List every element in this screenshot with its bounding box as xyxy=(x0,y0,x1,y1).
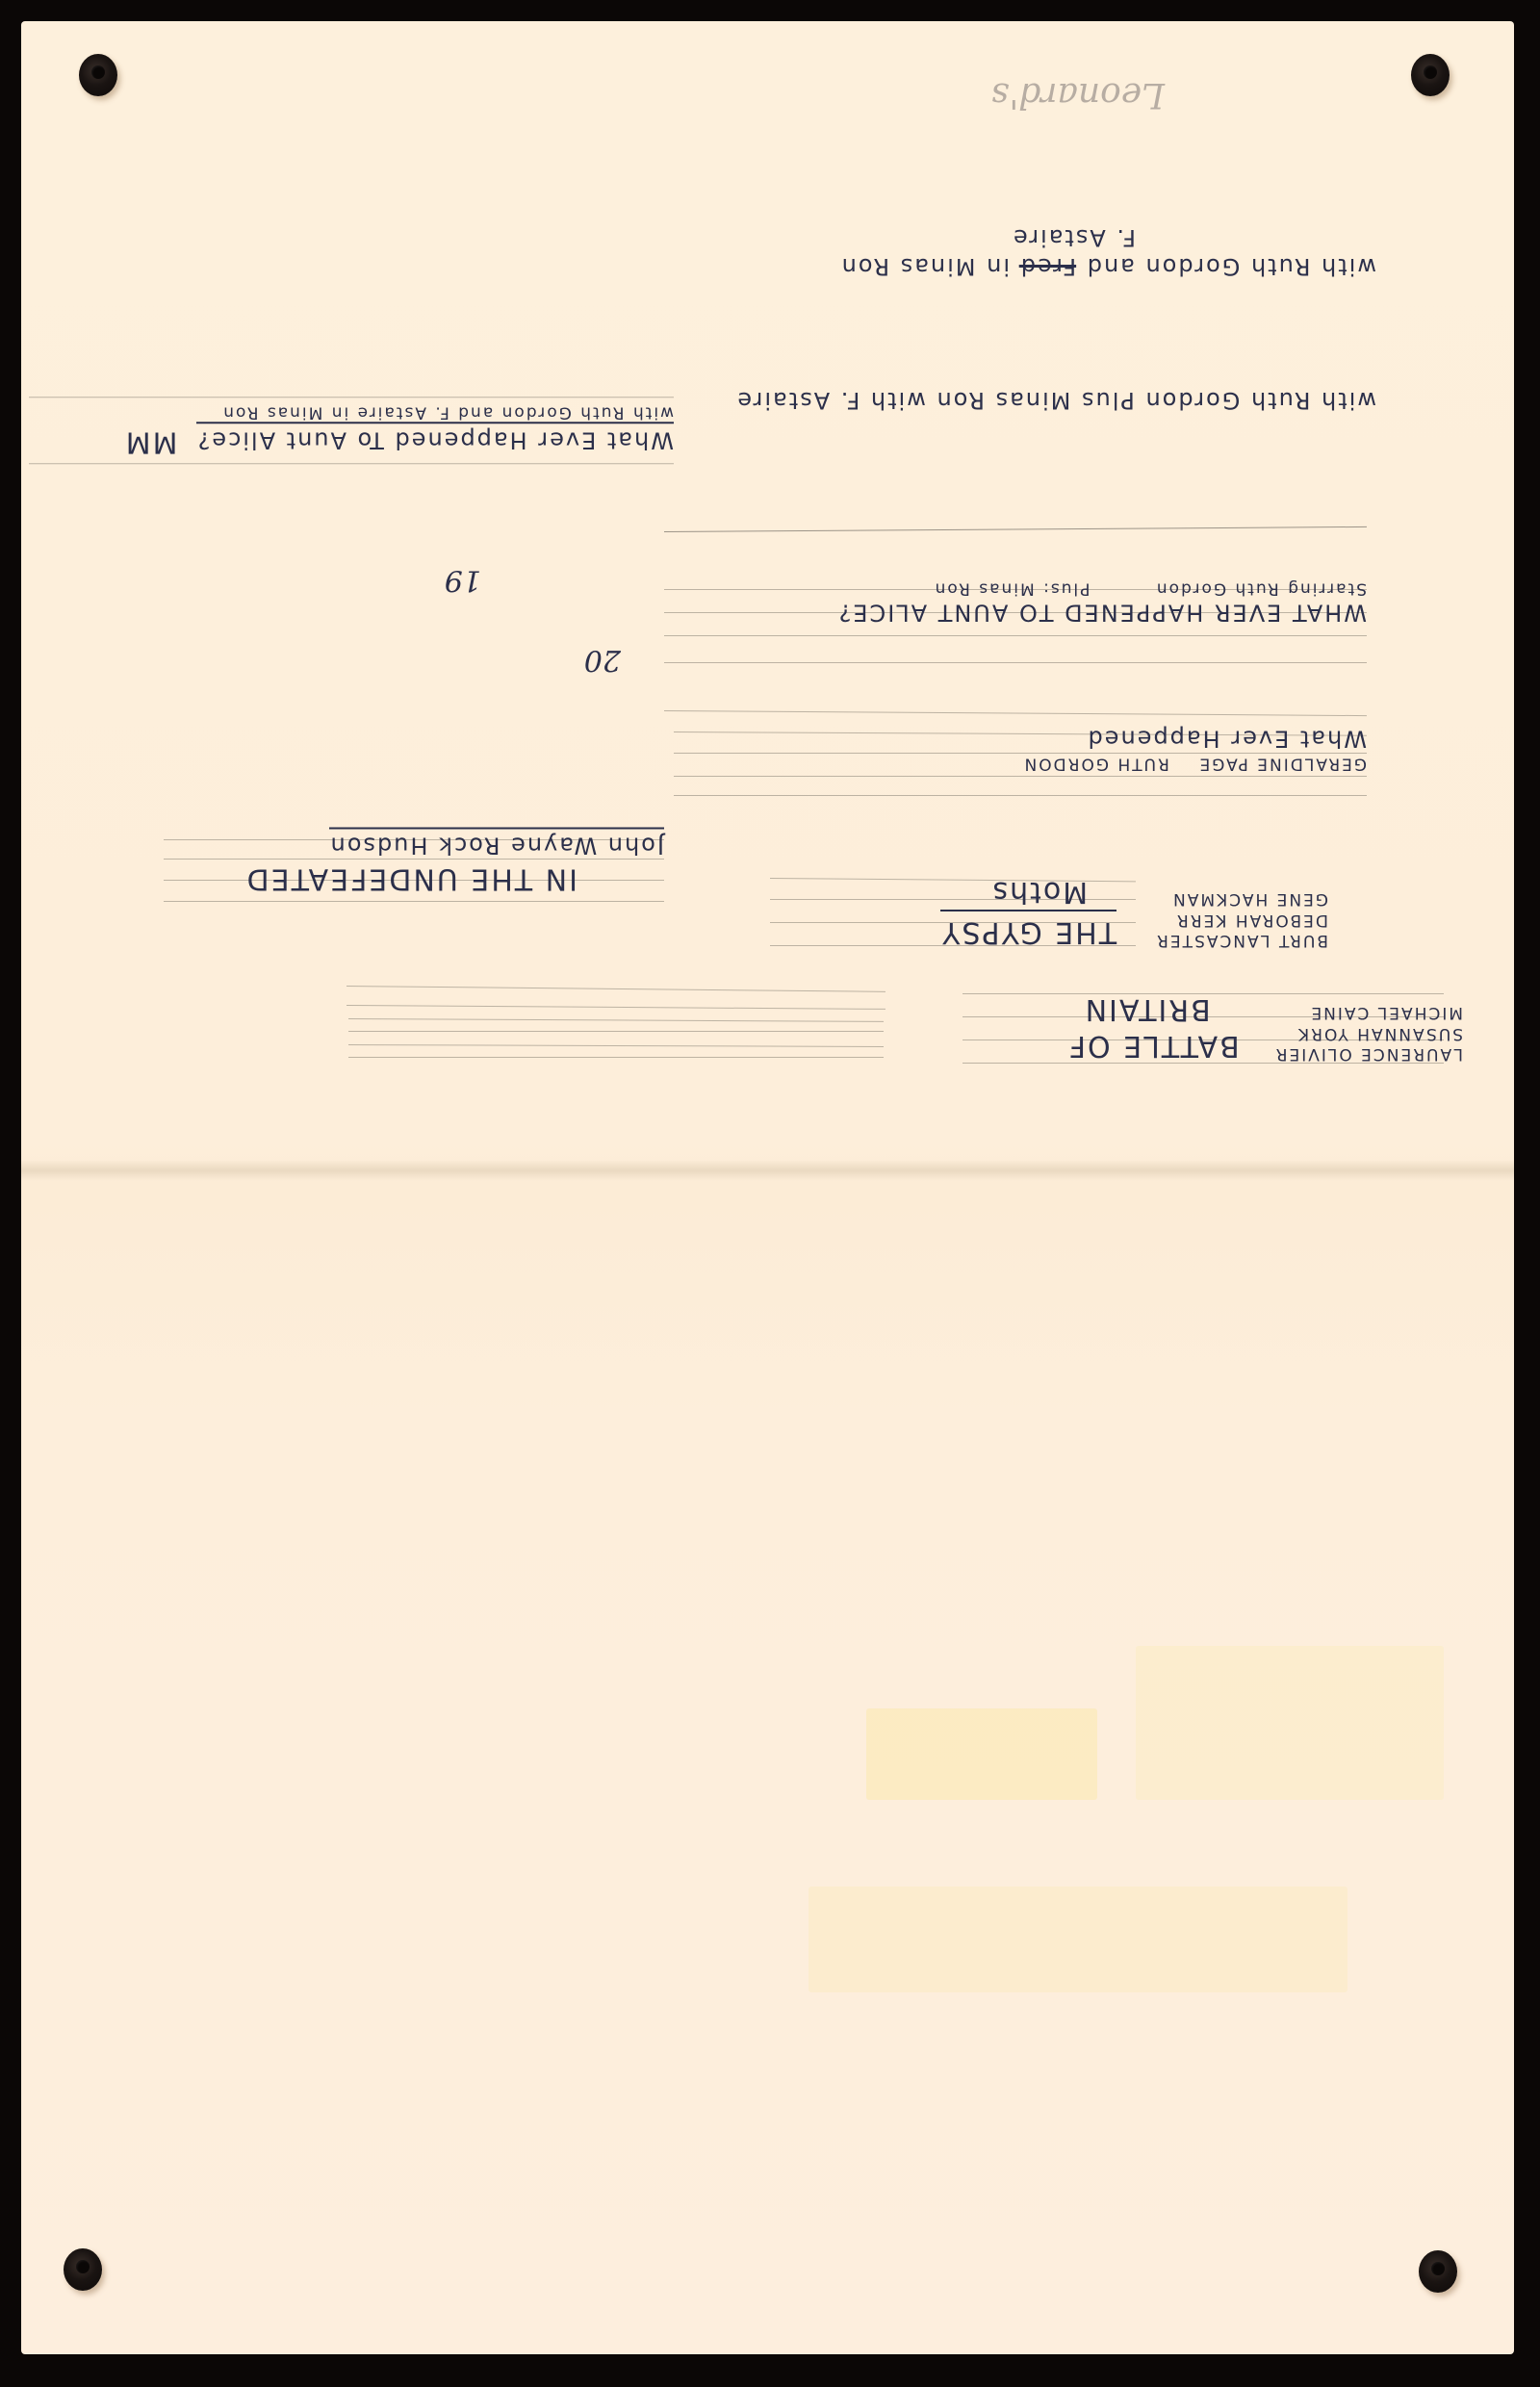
note-second: with Ruth Gordon Plus Minas Ron with F. … xyxy=(664,387,1376,414)
ruled-line xyxy=(164,901,664,902)
marquee-geraldine-title: What Ever Happened xyxy=(674,724,1367,753)
ruled-line xyxy=(348,1031,884,1032)
pushpin-icon xyxy=(79,54,117,96)
ruled-line xyxy=(674,795,1367,796)
marquee-aunt-alice-title: What Ever Happened To Aunt Alice? xyxy=(674,598,1367,627)
note-top-line1: with Ruth Gordon and Fred in Minas Ron xyxy=(703,252,1376,281)
bleed-through-mark xyxy=(866,1708,1097,1800)
paper-sheet xyxy=(21,21,1514,2354)
marquee-geraldine-cast: Geraldine Page Ruth Gordon xyxy=(674,753,1367,773)
marquee-battle-cast: Laurence Olivier Susannah York Michael C… xyxy=(1274,991,1463,1064)
boxed-marquee-subtitle: with Ruth Gordon and F. Astaire in Minas… xyxy=(29,401,674,422)
marquee-geraldine: Geraldine Page Ruth Gordon What Ever Hap… xyxy=(674,724,1367,773)
marquee-aunt-alice: What Ever Happened To Aunt Alice? Starri… xyxy=(674,577,1367,627)
bleed-through-mark xyxy=(1136,1646,1444,1800)
ruled-line xyxy=(348,1057,884,1058)
marquee-undefeated: in THE UNDEFEATED John Wayne Rock Hudson xyxy=(164,828,664,897)
boxed-marquee: What Ever Happened To Aunt Alice? MM wit… xyxy=(29,397,674,464)
struck-word: Fred xyxy=(1019,253,1076,280)
pushpin-icon xyxy=(1411,54,1450,96)
marquee-gypsy-moths-cast: Burt Lancaster Deborah Kerr Gene Hackman xyxy=(1155,874,1328,950)
boxed-marquee-side-mark: MM xyxy=(124,424,178,458)
marquee-aunt-alice-cast-row: Starring Ruth Gordon Plus: Minas Ron xyxy=(674,577,1367,598)
marquee-gypsy-moths: Burt Lancaster Deborah Kerr Gene Hackman… xyxy=(770,874,1328,950)
ruled-line xyxy=(674,776,1367,777)
ruled-line xyxy=(664,635,1367,636)
number-20: 20 xyxy=(563,643,621,677)
paper-fold-crease xyxy=(21,1160,1514,1181)
note-top: with Ruth Gordon and Fred in Minas Ron F… xyxy=(703,223,1376,281)
bleed-through-mark xyxy=(808,1886,1347,1992)
marquee-battle-title: BATTLE OF BRITAIN xyxy=(1067,991,1240,1064)
pushpin-icon xyxy=(64,2248,102,2291)
number-19: 19 xyxy=(423,563,481,597)
marquee-undefeated-title: in THE UNDEFEATED xyxy=(164,860,664,897)
boxed-marquee-title: What Ever Happened To Aunt Alice? xyxy=(196,422,674,454)
marquee-undefeated-cast: John Wayne Rock Hudson xyxy=(329,828,664,860)
pencil-note: Leonard's xyxy=(991,75,1165,115)
pushpin-icon xyxy=(1419,2250,1457,2293)
marquee-gypsy-moths-title: THE GYPSY Moths xyxy=(940,874,1116,950)
pencil-note-text: Leonard's xyxy=(991,75,1165,115)
ruled-line xyxy=(664,662,1367,663)
note-top-line2: F. Astaire xyxy=(703,223,1376,252)
marquee-battle: Laurence Olivier Susannah York Michael C… xyxy=(962,991,1463,1064)
